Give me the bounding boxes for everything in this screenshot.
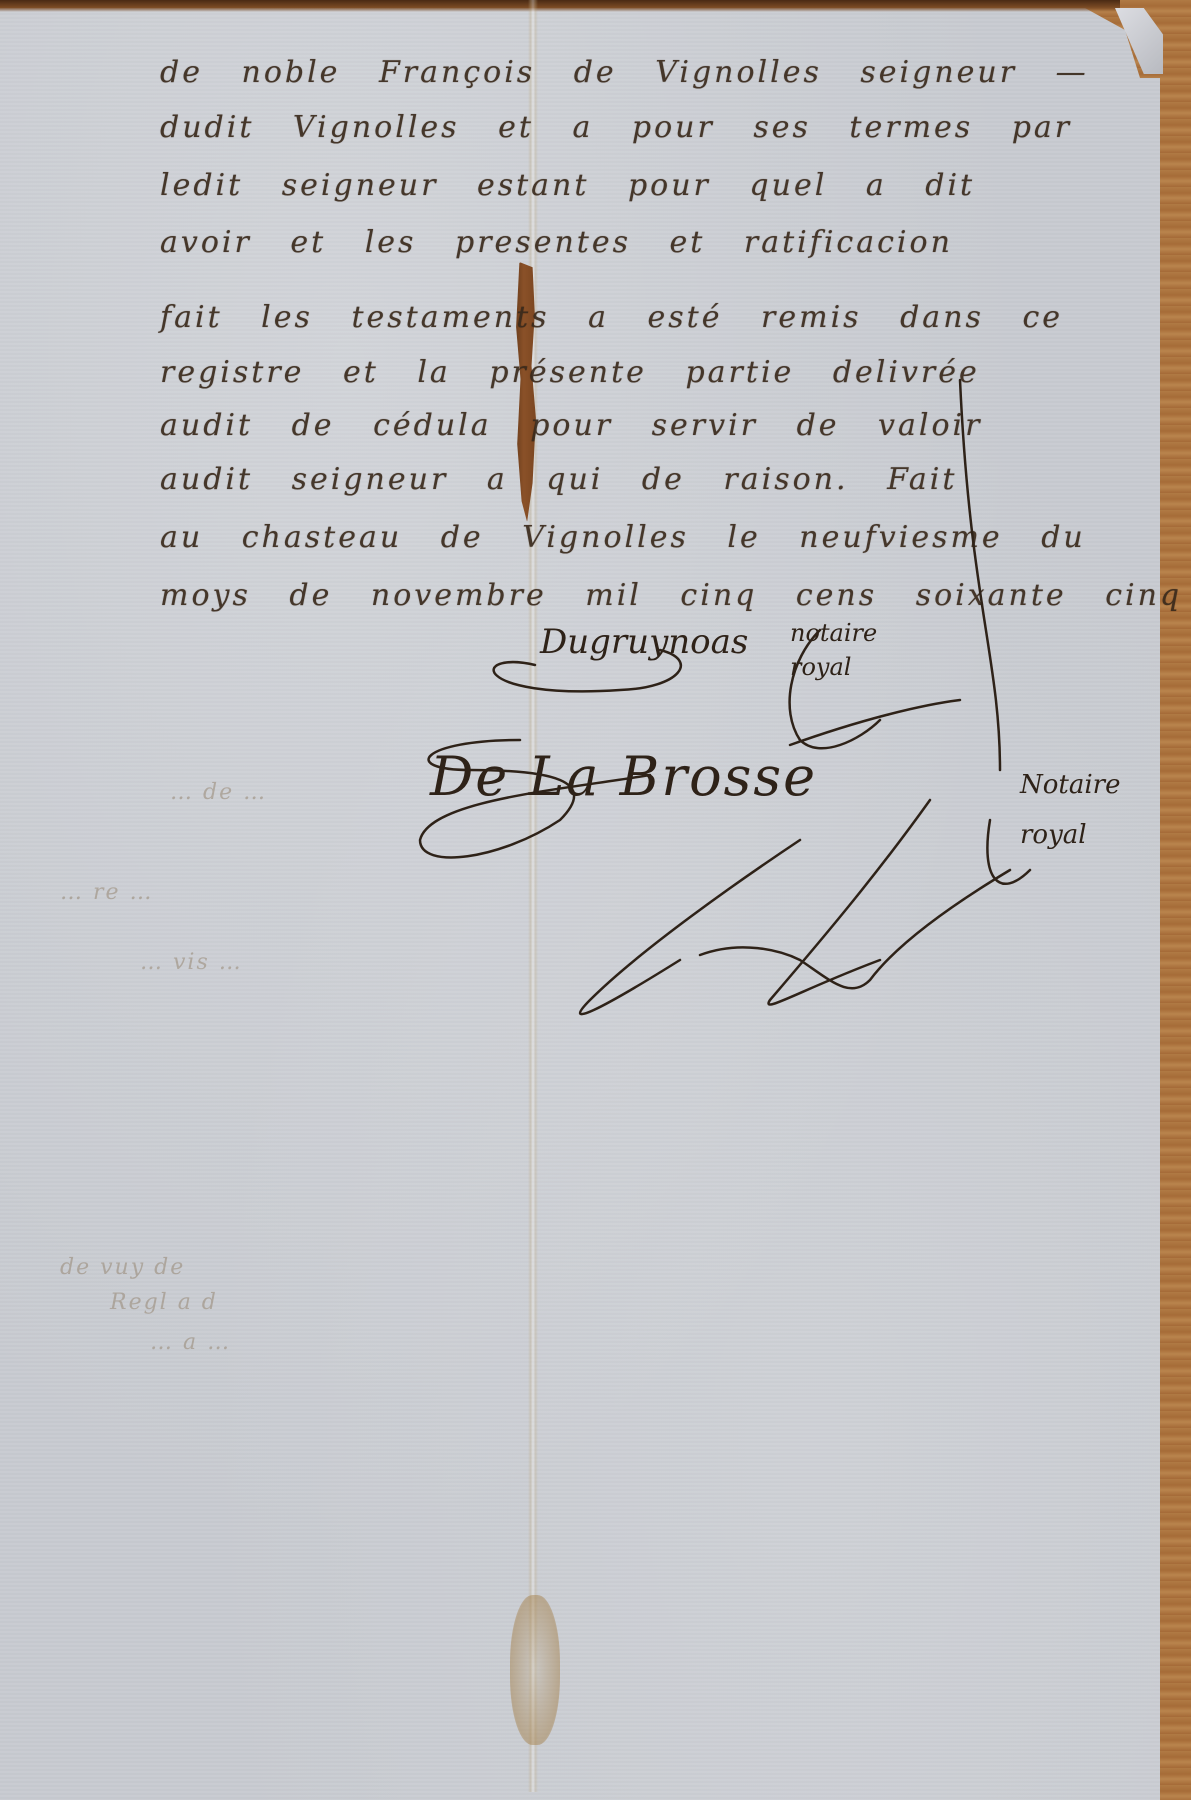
- faded-text: … a …: [150, 1330, 231, 1355]
- text-line: de noble François de Vignolles seigneur …: [160, 55, 1089, 90]
- text-line: audit de cédula pour servir de valoir: [160, 408, 982, 443]
- signature-2-title: Notaire royal: [1020, 760, 1120, 860]
- water-stain: [510, 1595, 560, 1745]
- faded-text: de vuy de: [60, 1255, 185, 1280]
- text-line: dudit Vignolles et a pour ses termes par: [160, 110, 1072, 145]
- text-line: fait les testaments a esté remis dans ce: [160, 300, 1063, 335]
- faded-text: … vis …: [140, 950, 243, 975]
- text-line: registre et la présente partie delivrée: [160, 355, 980, 390]
- signature-1-title-line1: notaire: [790, 616, 877, 650]
- signature-2-title-line2: royal: [1020, 810, 1120, 860]
- text-line: moys de novembre mil cinq cens soixante …: [160, 578, 1182, 613]
- paper-top-edge: [0, 0, 1120, 12]
- text-line: au chasteau de Vignolles le neufviesme d…: [160, 520, 1086, 555]
- text-line: audit seigneur a qui de raison. Fait: [160, 462, 957, 497]
- text-line: avoir et les presentes et ratificacion: [160, 225, 953, 260]
- signature-1-title-line2: royal: [790, 650, 877, 684]
- signature-1-name: Dugruynoas: [540, 622, 748, 662]
- signature-2-name: De La Brosse: [430, 745, 817, 808]
- faded-text: … de …: [170, 780, 267, 805]
- manuscript-page: [0, 8, 1160, 1800]
- signature-1-title: notaire royal: [790, 616, 877, 684]
- faded-text: … re …: [60, 880, 154, 905]
- signature-2-title-line1: Notaire: [1020, 760, 1120, 810]
- text-line: ledit seigneur estant pour quel a dit: [160, 168, 975, 203]
- faded-text: Regl a d: [110, 1290, 218, 1315]
